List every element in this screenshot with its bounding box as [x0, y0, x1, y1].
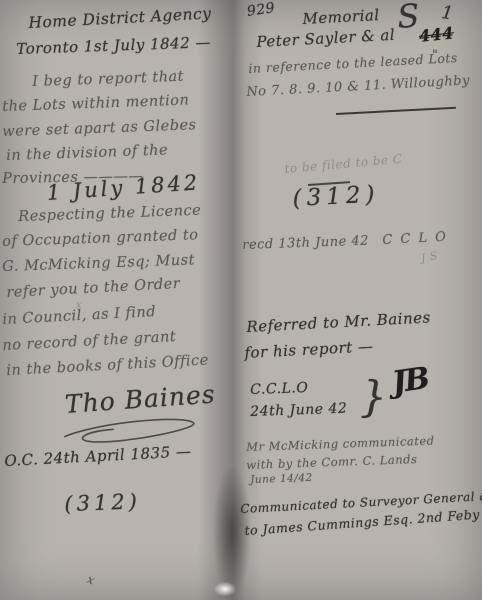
right-file-number: (312) [292, 181, 380, 212]
received-office: C C L O [382, 230, 448, 248]
pencil-note: to be filed to be C [284, 152, 403, 176]
docket-number: 444 [418, 23, 455, 46]
received-line: recd 13th June 42 [242, 234, 369, 253]
left-body-line: in the division of the [6, 142, 168, 164]
left-body-line: were set apart as Glebes [2, 117, 197, 140]
right-page-number: 929 [246, 0, 276, 20]
lots-line: No 7. 8. 9. 10 & 11. Willoughby [246, 73, 470, 100]
memo-line2: with by the Comr. C. Lands [246, 452, 418, 472]
received-initials: J S [420, 249, 439, 265]
manuscript-photo: 146 Home District Agency Toronto 1st Jul… [0, 0, 482, 600]
memo-line3: June 14/42 [250, 472, 313, 486]
memorialist-name: Peter Sayler & al [256, 26, 396, 51]
left-body2-line: of Occupation granted to [2, 227, 199, 250]
left-heading-line1: Home District Agency [28, 4, 212, 32]
left-body2-line: in the books of this Office [6, 352, 209, 379]
brace: } [360, 372, 387, 421]
left-body2-line: refer you to the Order [6, 276, 181, 301]
memorial-index: 1 [440, 2, 455, 24]
left-body2-line: G. McMicking Esq; Must [2, 252, 195, 275]
ink-rule [336, 107, 456, 115]
left-body2-line: Respecting the Licence [18, 203, 201, 225]
left-body2-line: in Council, as I find [2, 304, 156, 328]
left-body-line: I beg to report that [32, 69, 184, 90]
office-date: 24th June 42 [250, 401, 348, 420]
order-in-council-ref: O.C. 24th April 1835 — [4, 442, 192, 470]
office-abbrev: C.C.L.O [250, 380, 309, 398]
left-file-number: (312) [64, 489, 141, 516]
referred-line2: for his report — [244, 337, 374, 362]
memorial-initial: S [396, 0, 421, 36]
referred-line1: Referred to Mr. Baines [246, 308, 431, 336]
left-body2-line: no record of the grant [2, 329, 177, 354]
monogram-initials: JB [390, 361, 430, 401]
left-body-line: the Lots within mention [2, 92, 190, 115]
bottom-mark: x [85, 572, 97, 588]
memorial-title: Memorial [302, 6, 380, 28]
left-heading-line2: Toronto 1st July 1842 — [16, 33, 211, 58]
memo-line1: Mr McMicking communicated [246, 433, 435, 454]
gutter-white-spot [214, 582, 236, 596]
reference-line: in reference to the leased Lots [248, 50, 458, 76]
